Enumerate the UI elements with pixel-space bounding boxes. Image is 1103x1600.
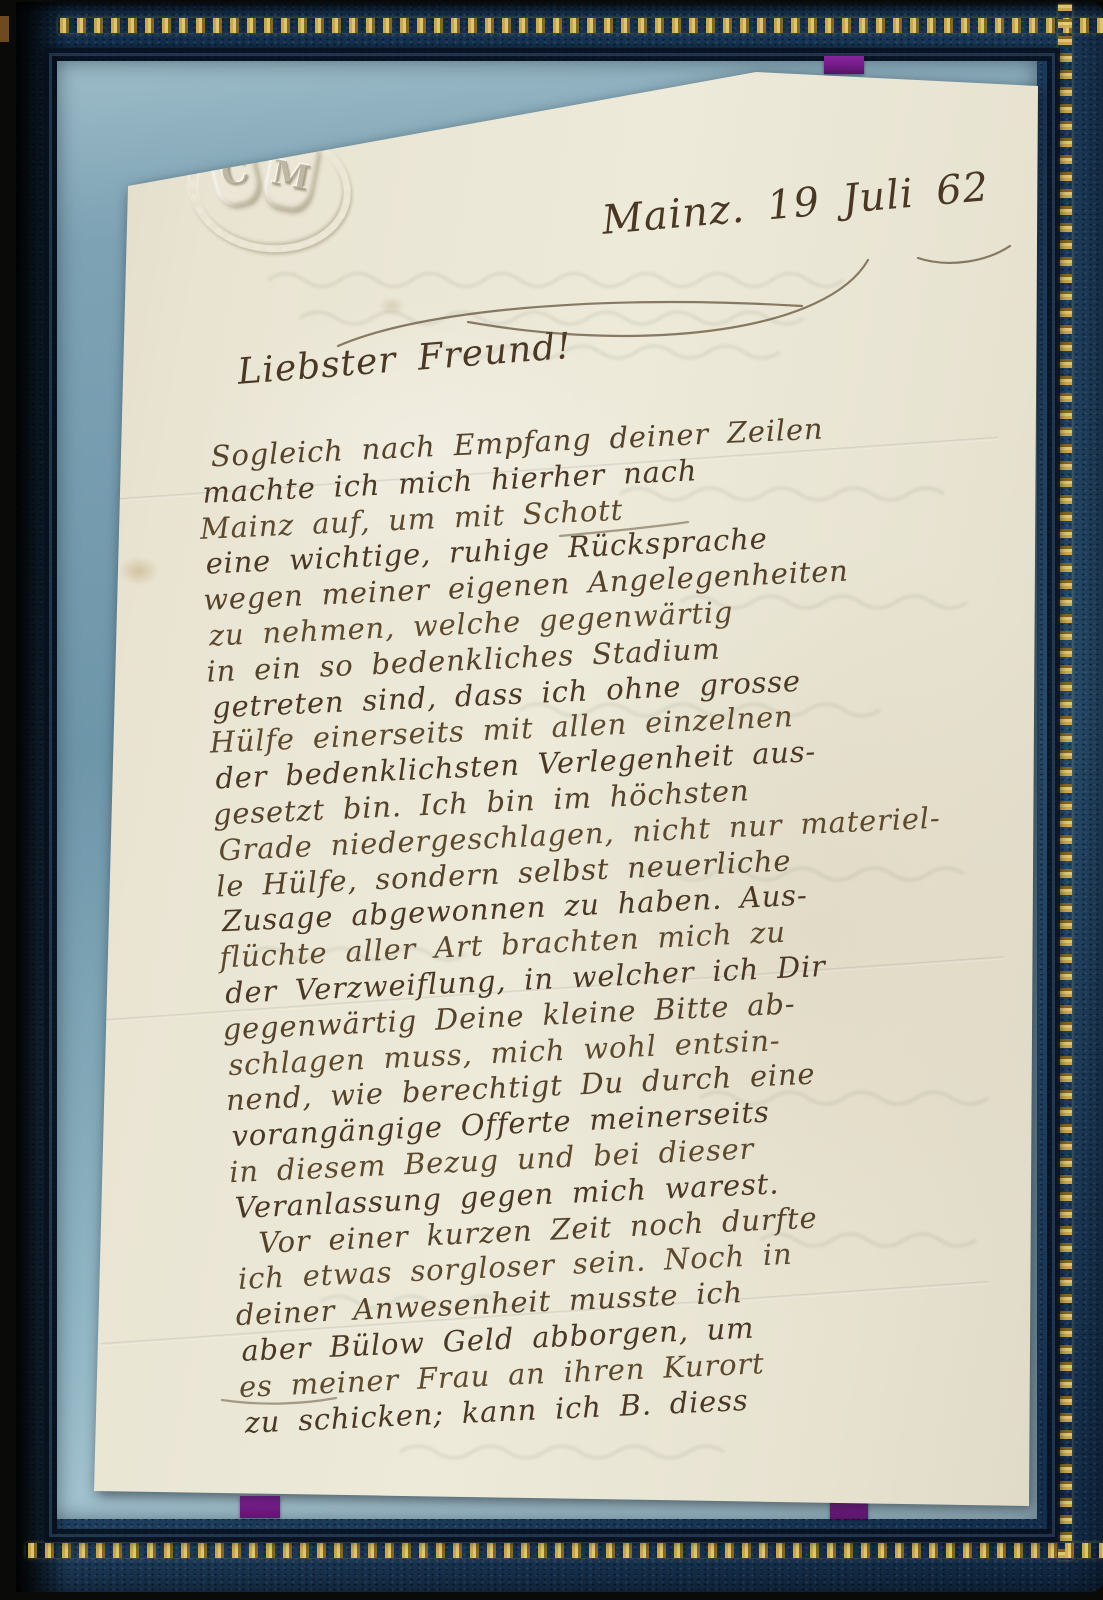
crest-oval-wreath bbox=[220, 83, 331, 161]
letter-sheet-wrap: C M Mainz. 19 Juli 62 Liebster Freund! S… bbox=[0, 0, 1103, 1600]
letter-sheet: C M Mainz. 19 Juli 62 Liebster Freund! S… bbox=[0, 0, 1103, 1600]
ink-flourishes bbox=[0, 0, 1103, 1600]
framed-letter-scan: C M Mainz. 19 Juli 62 Liebster Freund! S… bbox=[0, 0, 1103, 1600]
